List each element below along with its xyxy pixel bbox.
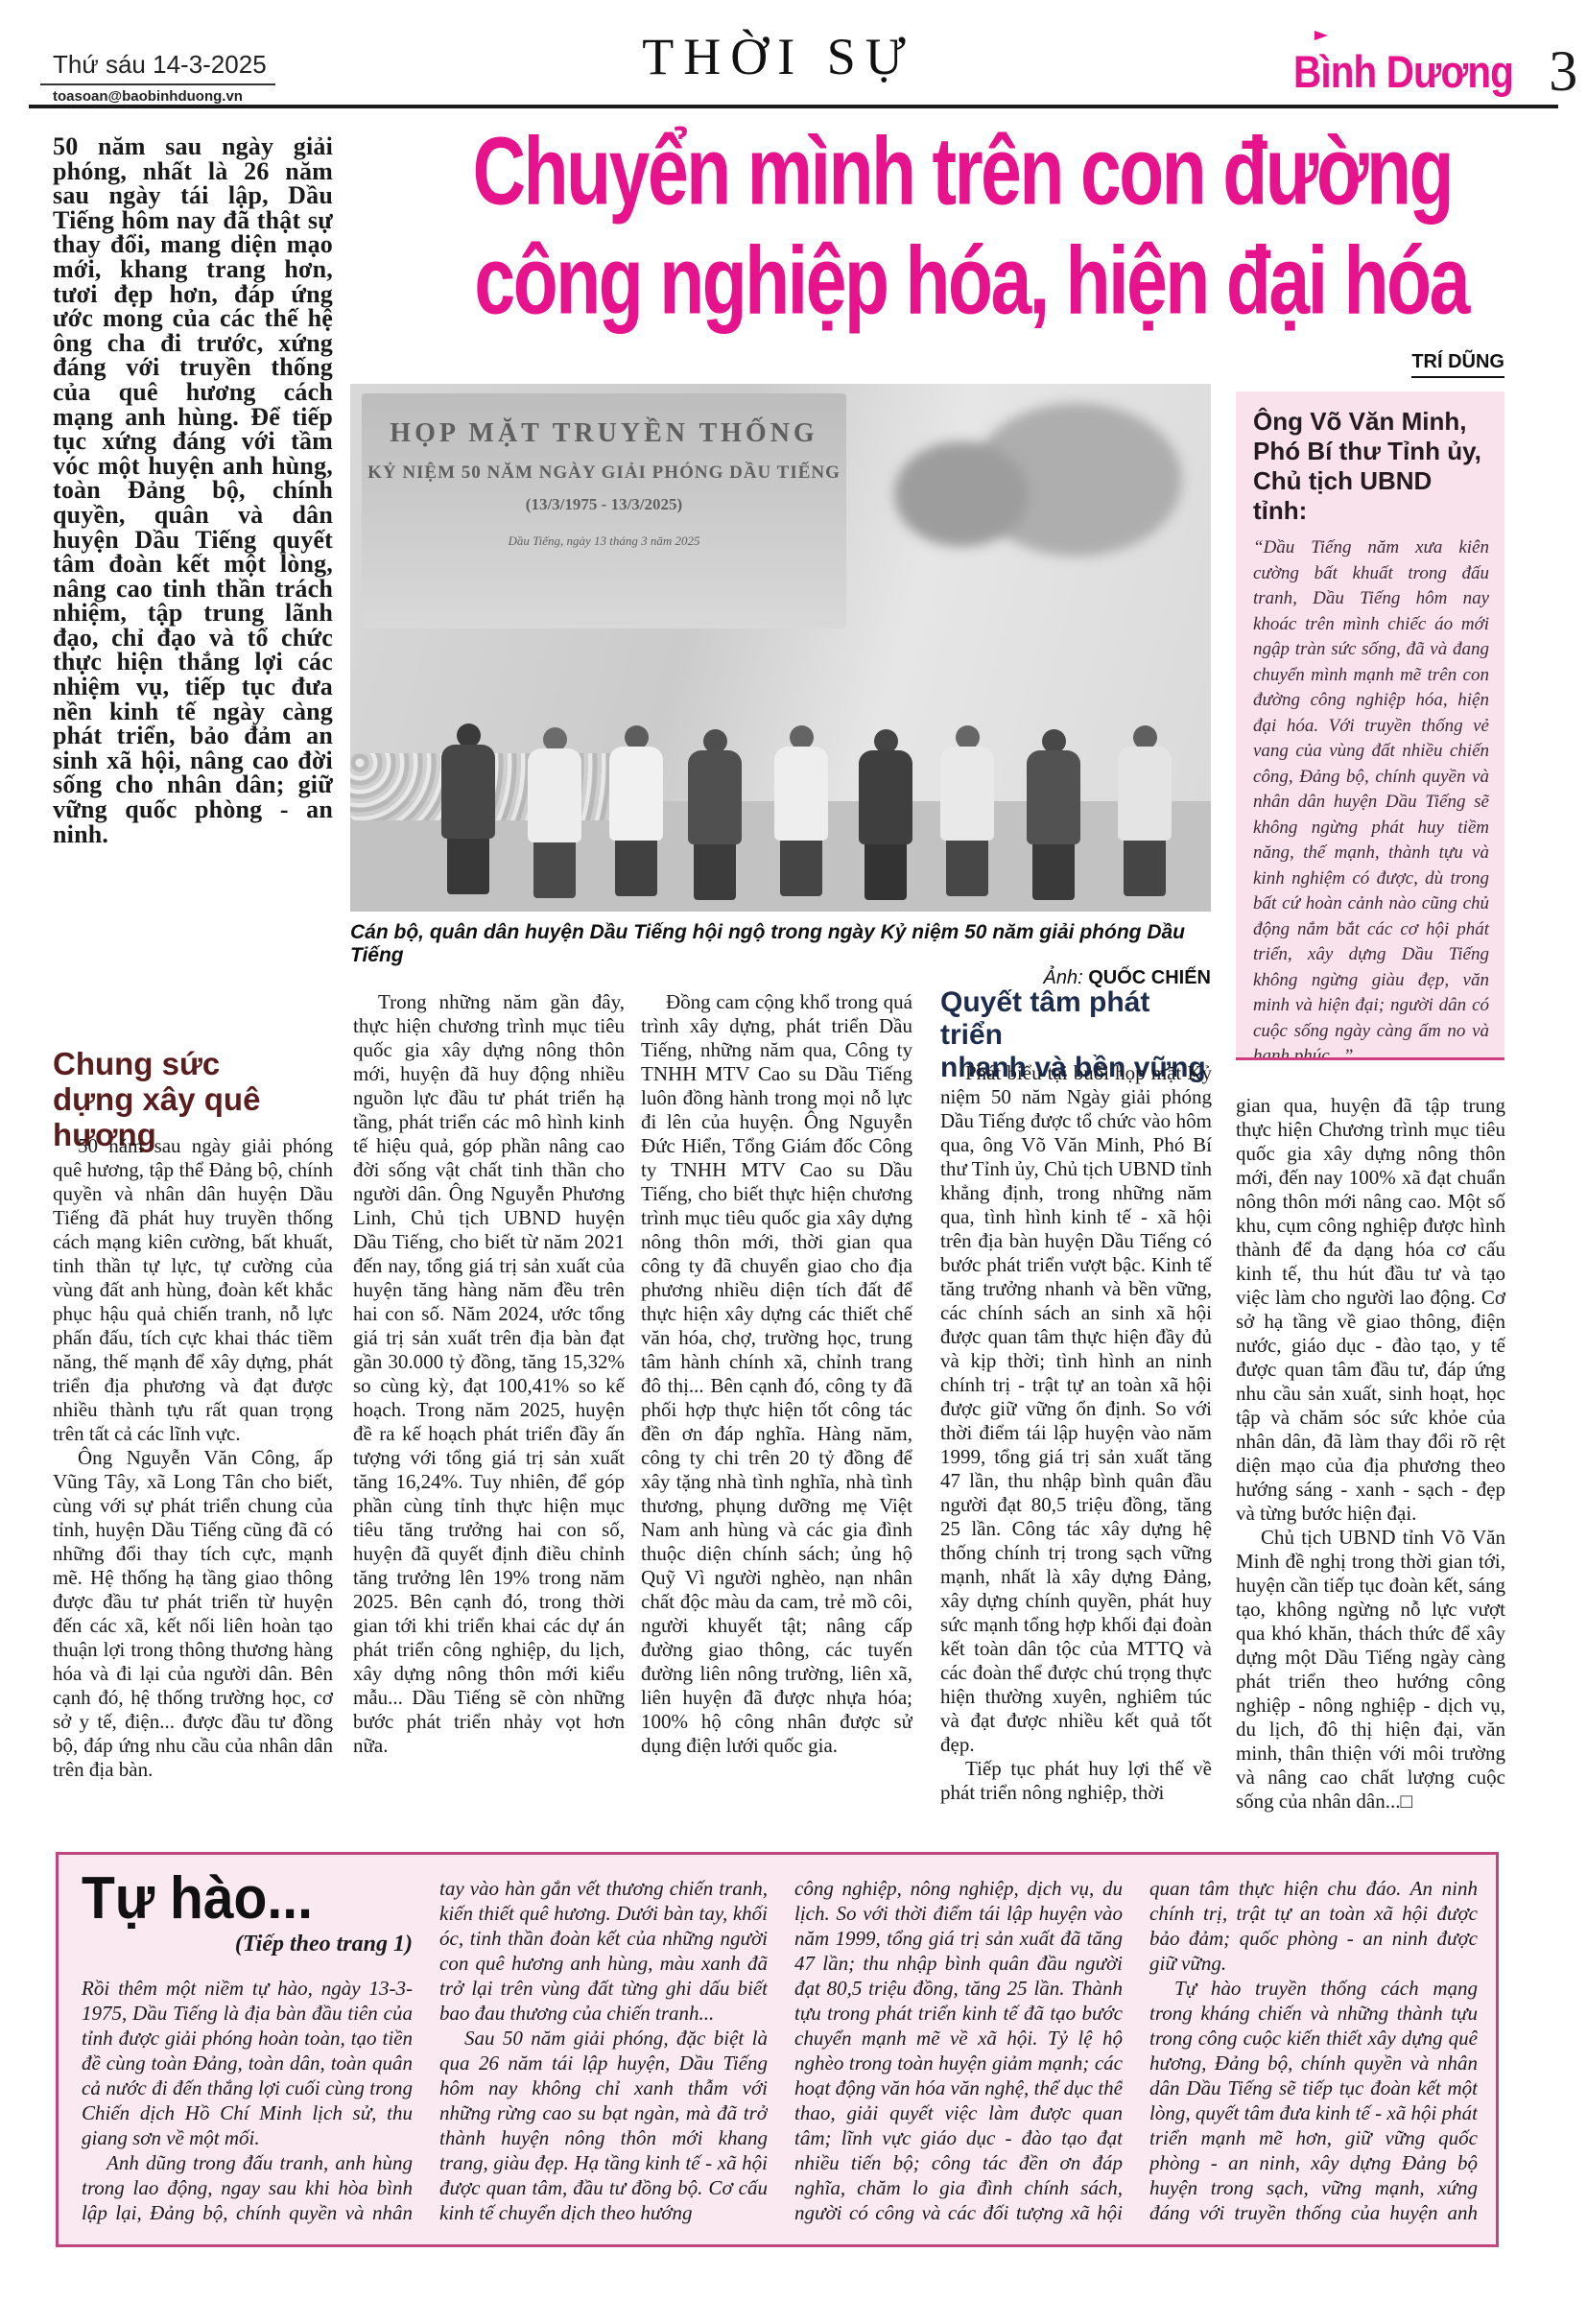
headline-line1: Chuyển mình trên con đường bbox=[473, 119, 1453, 225]
body-paragraph: Chủ tịch UBND tỉnh Võ Văn Minh đề nghị t… bbox=[1236, 1526, 1505, 1814]
body-column-1: Trong những năm gần đây, thực hiện chươn… bbox=[353, 990, 625, 1817]
continued-column-3: công nghiệp, nông nghiệp, dịch vụ, du lị… bbox=[794, 1876, 1123, 2229]
photo-banner-line3: (13/3/1975 - 13/3/2025) bbox=[362, 495, 846, 514]
photo-caption-block: Cán bộ, quân dân huyện Dầu Tiếng hội ngộ… bbox=[350, 921, 1211, 989]
photo-figure bbox=[859, 729, 912, 900]
quote-box-title: Ông Võ Văn Minh, Phó Bí thư Tỉnh ủy, Chủ… bbox=[1253, 407, 1489, 526]
continued-title: Tự hào... bbox=[82, 1864, 313, 1933]
continued-paragraph: Tự hào truyền thống cách mạng trong khán… bbox=[1149, 1976, 1478, 2229]
quote-title-line2: Phó Bí thư Tỉnh ủy, bbox=[1253, 437, 1489, 466]
continued-note: (Tiếp theo trang 1) bbox=[82, 1932, 413, 1957]
body-paragraph: gian qua, huyện đã tập trung thực hiện C… bbox=[1236, 1094, 1505, 1526]
photo-figure bbox=[1118, 725, 1172, 896]
event-photo: HỌP MẶT TRUYỀN THỐNG KỶ NIỆM 50 NĂM NGÀY… bbox=[350, 384, 1211, 912]
section-title: THỜI SỰ bbox=[53, 27, 1504, 86]
body-column-2: Đồng cam cộng khổ trong quá trình xây dự… bbox=[641, 990, 912, 1817]
body-column-4: gian qua, huyện đã tập trung thực hiện C… bbox=[1236, 1094, 1505, 1819]
quote-box: Ông Võ Văn Minh, Phó Bí thư Tỉnh ủy, Chủ… bbox=[1236, 391, 1504, 1060]
continued-paragraph: Sau 50 năm giải phóng, đặc biệt là qua 2… bbox=[439, 2026, 768, 2225]
masthead: Bình Dương3 bbox=[1293, 38, 1577, 105]
page-number: 3 bbox=[1549, 39, 1577, 103]
body-paragraph: Phát biểu tại buổi họp mặt Kỷ niệm 50 nă… bbox=[940, 1061, 1212, 1757]
continued-column-4: quan tâm thực hiện chu đáo. An ninh chín… bbox=[1149, 1876, 1478, 2229]
body-paragraph: Trong những năm gần đây, thực hiện chươn… bbox=[353, 990, 625, 1758]
photo-figure bbox=[688, 729, 742, 900]
photo-banner: HỌP MẶT TRUYỀN THỐNG KỶ NIỆM 50 NĂM NGÀY… bbox=[362, 393, 846, 628]
rail-body: 50 năm sau ngày giải phóng quê hương, tậ… bbox=[53, 1134, 333, 1820]
quote-title-line3: Chủ tịch UBND tỉnh: bbox=[1253, 466, 1489, 526]
body-column-3: Phát biểu tại buổi họp mặt Kỷ niệm 50 nă… bbox=[940, 1061, 1212, 1819]
photo-figure bbox=[774, 725, 828, 896]
photo-credit-label: Ảnh: bbox=[1043, 967, 1082, 988]
photo-figure bbox=[1027, 729, 1080, 900]
continued-paragraph: Anh dũng trong đấu tranh, anh hùng trong… bbox=[82, 2150, 413, 2227]
continued-article-box: Tự hào... (Tiếp theo trang 1) Rồi thêm m… bbox=[56, 1852, 1499, 2247]
photo-figure bbox=[940, 725, 994, 896]
byline-name: TRÍ DŨNG bbox=[1411, 351, 1504, 378]
continued-paragraph: quan tâm thực hiện chu đáo. An ninh chín… bbox=[1149, 1876, 1478, 1976]
lead-intro: 50 năm sau ngày giải phóng, nhất là 26 n… bbox=[53, 134, 333, 1032]
body-paragraph: Tiếp tục phát huy lợi thế về phát triển … bbox=[940, 1757, 1212, 1805]
photo-figure bbox=[441, 723, 495, 894]
photo-tree bbox=[894, 441, 1029, 547]
continued-column-2: tay vào hàn gắn vết thương chiến tranh, … bbox=[439, 1876, 768, 2229]
quote-title-line1: Ông Võ Văn Minh, bbox=[1253, 407, 1489, 437]
headline-line2: công nghiệp hóa, hiện đại hóa bbox=[474, 228, 1467, 334]
masthead-flag-icon bbox=[1315, 31, 1328, 40]
continued-paragraph: Rồi thêm một niềm tự hào, ngày 13-3-1975… bbox=[82, 1976, 413, 2150]
masthead-wordmark: Bình Dương bbox=[1293, 45, 1513, 98]
main-headline: Chuyển mình trên con đường công nghiệp h… bbox=[350, 121, 1504, 332]
quote-text: “Dầu Tiếng năm xưa kiên cường bất khuất … bbox=[1253, 535, 1489, 1060]
photo-banner-line4: Dầu Tiếng, ngày 13 tháng 3 năm 2025 bbox=[362, 534, 846, 549]
photo-figure bbox=[609, 725, 663, 896]
photo-banner-line1: HỌP MẶT TRUYỀN THỐNG bbox=[362, 418, 846, 449]
header-rule bbox=[29, 105, 1558, 108]
newspaper-page: Thứ sáu 14-3-2025 toasoan@baobinhduong.v… bbox=[0, 0, 1587, 2324]
continued-paragraph: công nghiệp, nông nghiệp, dịch vụ, du lị… bbox=[794, 1876, 1123, 2229]
photo-caption: Cán bộ, quân dân huyện Dầu Tiếng hội ngộ… bbox=[350, 921, 1211, 967]
continued-column-1: Rồi thêm một niềm tự hào, ngày 13-3-1975… bbox=[82, 1976, 413, 2227]
body-paragraph: Đồng cam cộng khổ trong quá trình xây dự… bbox=[641, 990, 912, 1758]
rail-paragraph: 50 năm sau ngày giải phóng quê hương, tậ… bbox=[53, 1134, 333, 1446]
photo-figure bbox=[528, 727, 581, 898]
photo-credit-name: QUỐC CHIẾN bbox=[1088, 967, 1211, 988]
rail-paragraph: Ông Nguyễn Văn Công, ấp Vũng Tây, xã Lon… bbox=[53, 1446, 333, 1782]
photo-banner-line2: KỶ NIỆM 50 NĂM NGÀY GIẢI PHÓNG DẦU TIẾNG bbox=[362, 462, 846, 484]
subhead-quyet-tam-line1: Quyết tâm phát triển bbox=[940, 986, 1219, 1052]
continued-paragraph: tay vào hàn gắn vết thương chiến tranh, … bbox=[439, 1876, 768, 2026]
contact-email: toasoan@baobinhduong.vn bbox=[53, 88, 243, 105]
byline: TRÍ DŨNG bbox=[1236, 351, 1504, 378]
subhead-chung-suc-line1: Chung sức bbox=[53, 1046, 341, 1081]
